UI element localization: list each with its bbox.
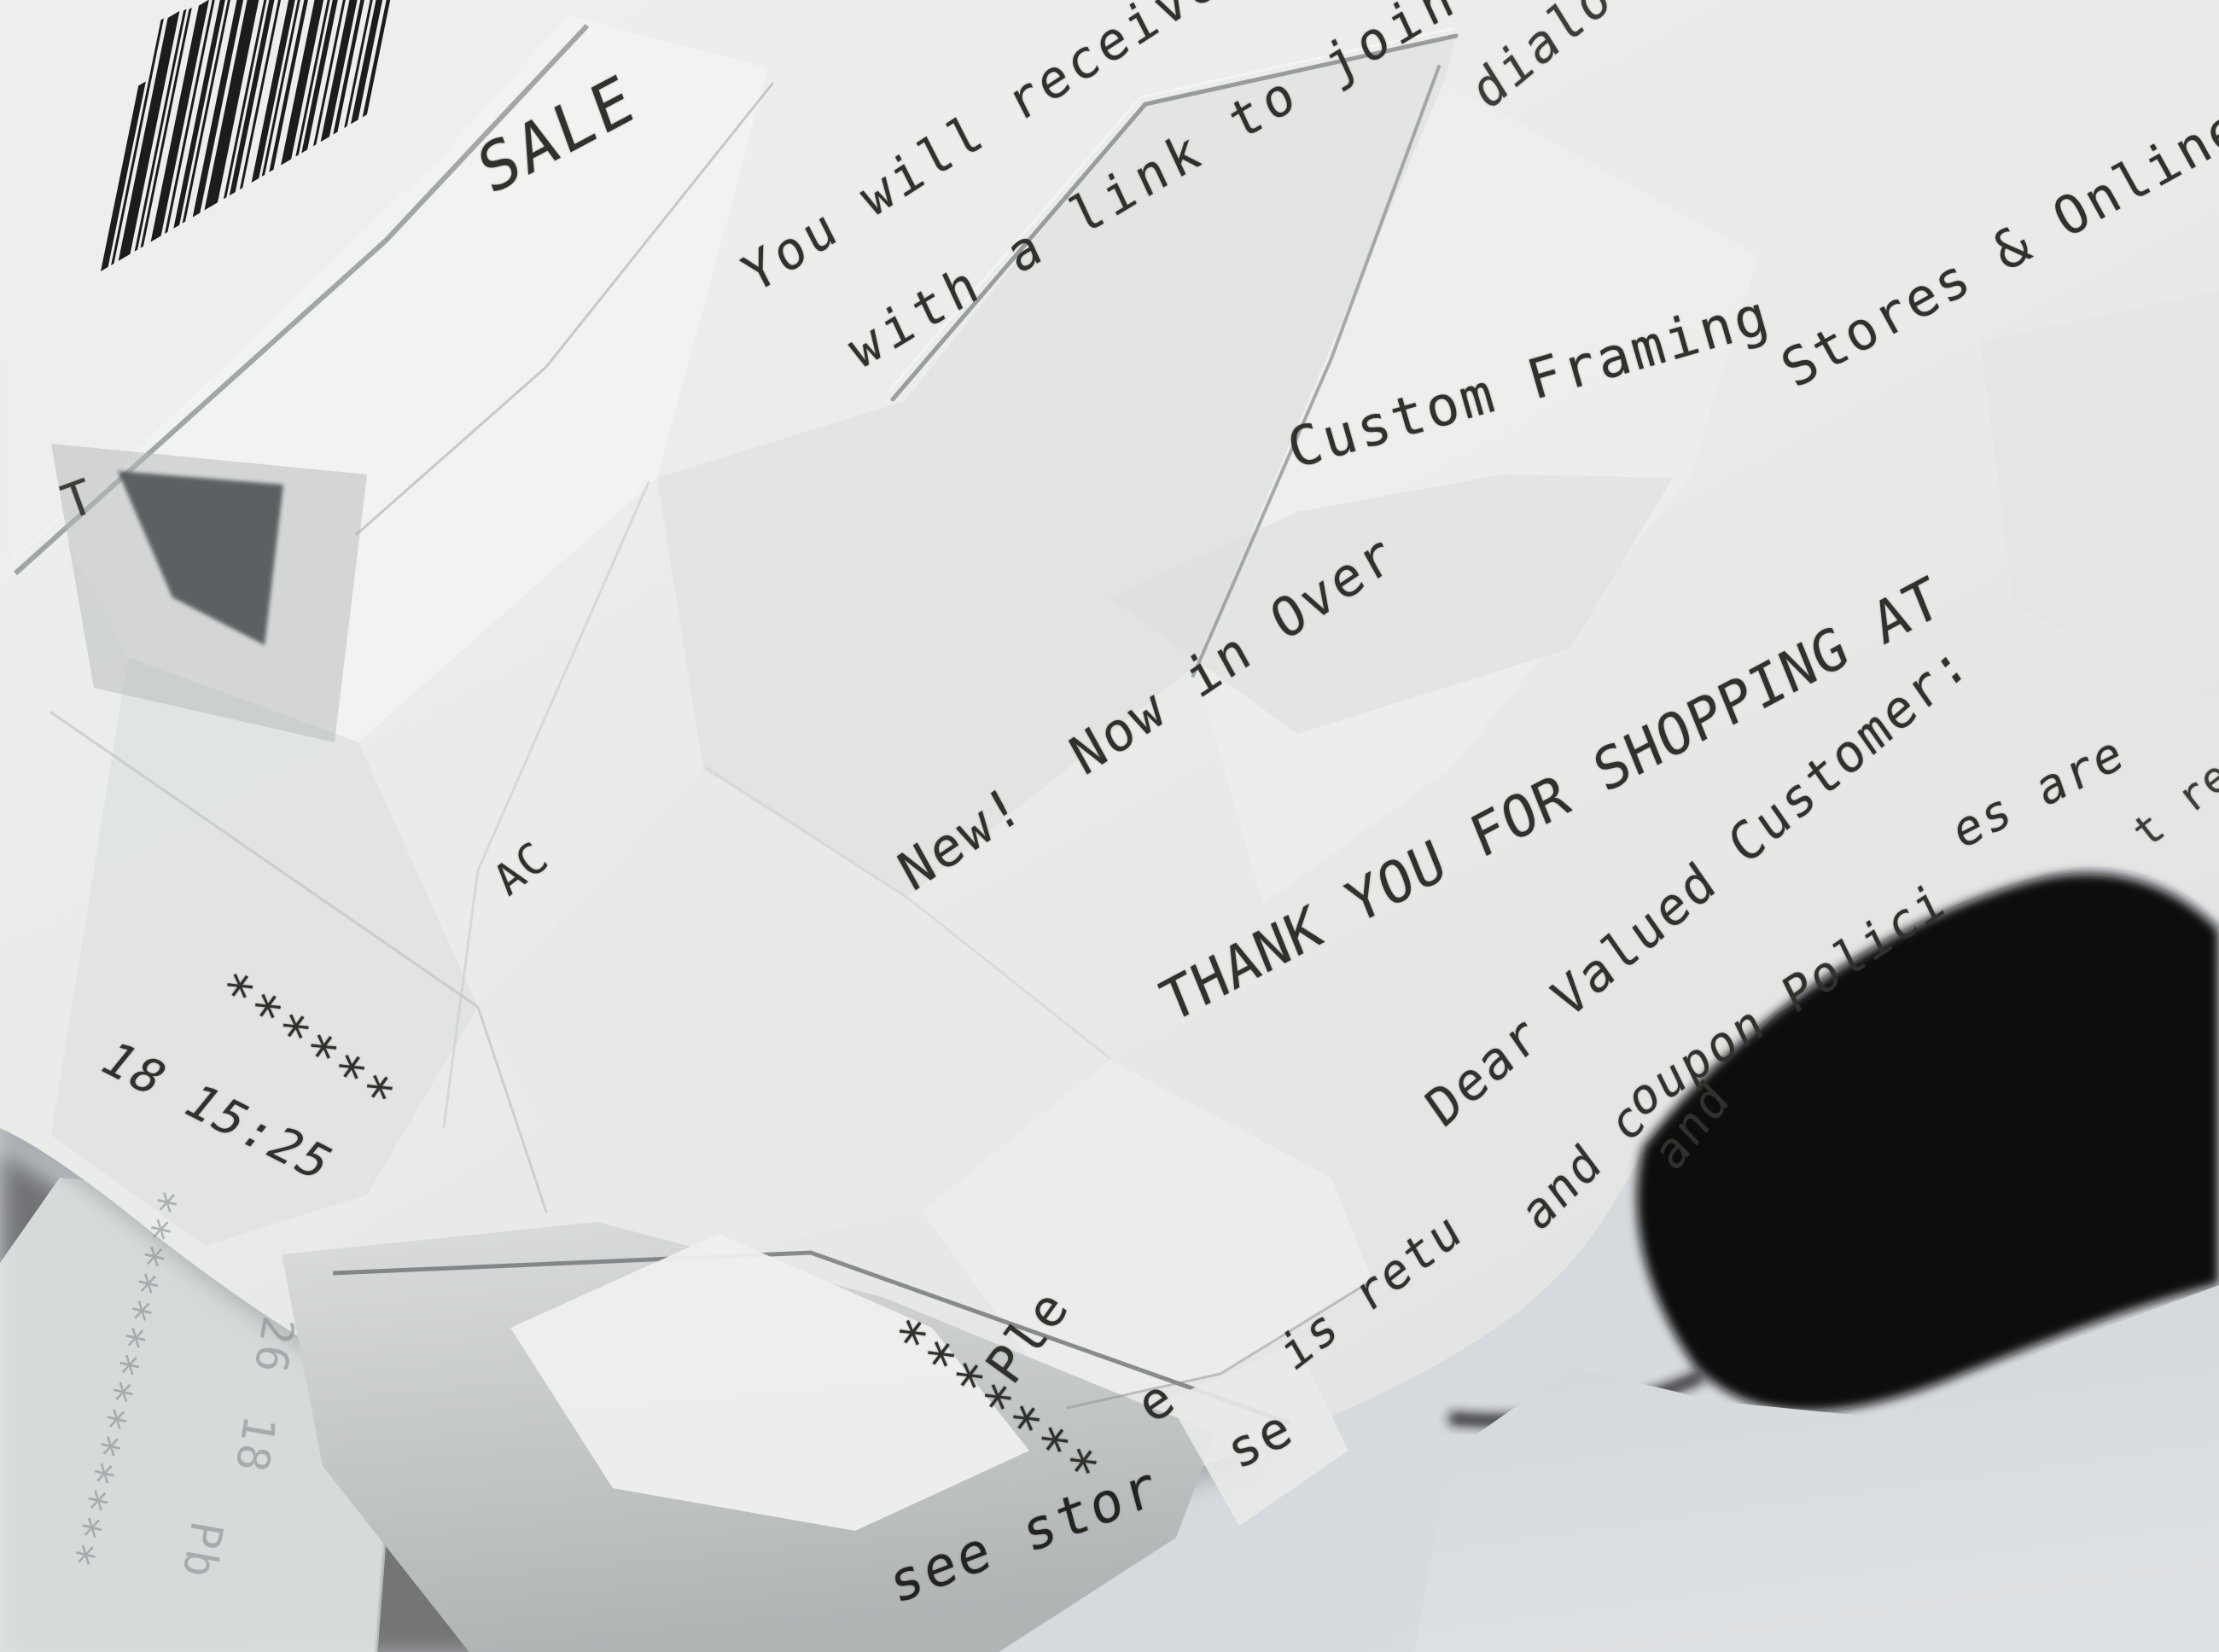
text-faint-18: 18 bbox=[228, 1412, 282, 1477]
text-faint-pb: Pb bbox=[175, 1518, 229, 1583]
text-faint-26: 26 bbox=[247, 1313, 300, 1378]
photo-crumpled-receipt: SALE You will receive 10 with a link to … bbox=[0, 0, 2219, 1652]
paper-scene bbox=[0, 0, 2219, 1652]
